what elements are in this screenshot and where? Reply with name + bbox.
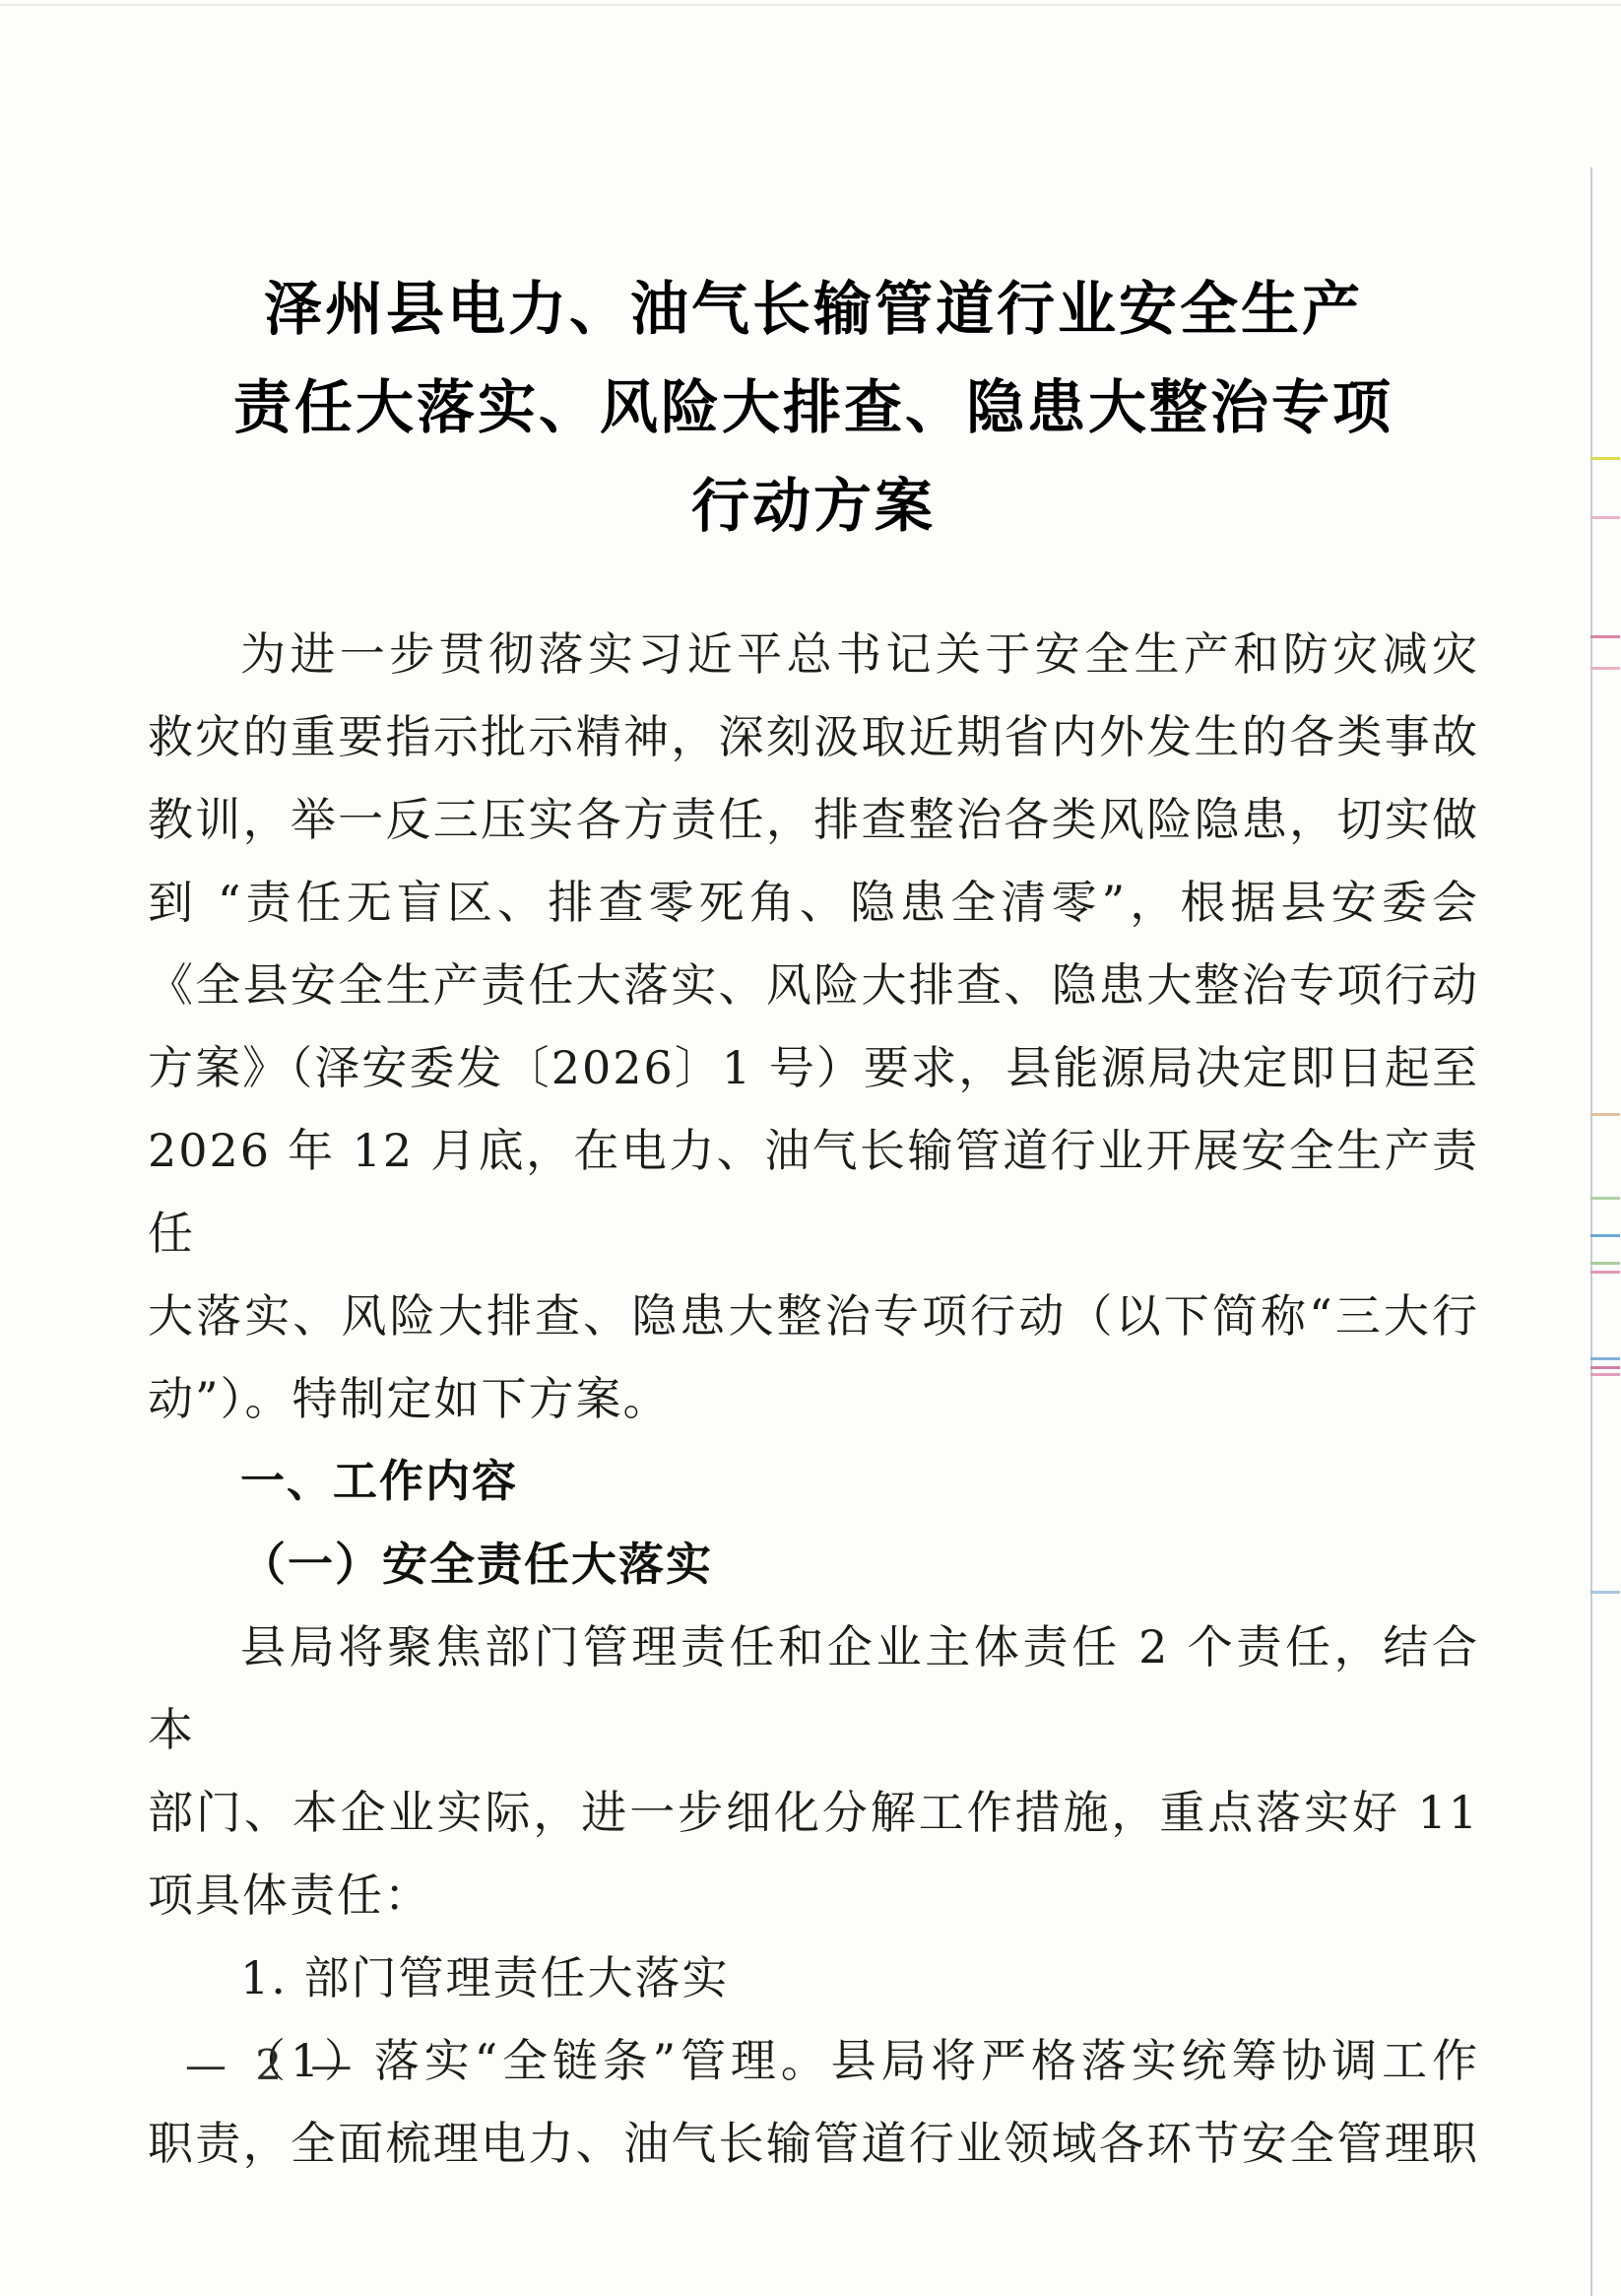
scan-top-edge	[0, 4, 1621, 6]
paragraph1-line-4: 到 “责任无盲区、排查零死角、隐患全清零”，根据县安委会	[148, 861, 1479, 944]
paragraph1-line-2: 救灾的重要指示批示精神，深刻汲取近期省内外发生的各类事故	[148, 695, 1479, 778]
scan-edge-line	[1590, 167, 1592, 2296]
subheading-department-responsibility: 1. 部门管理责任大落实	[148, 1936, 1479, 2019]
paragraph1-line-8: 大落实、风险大排查、隐患大整治专项行动（以下简称“三大行	[148, 1275, 1479, 1357]
paragraph2-line-2: 部门、本企业实际，进一步细化分解工作措施，重点落实好 11	[148, 1771, 1479, 1854]
scan-artifact-tick	[1590, 1197, 1620, 1200]
scan-artifact-tick	[1590, 1234, 1620, 1237]
section-heading-work-content: 一、工作内容	[148, 1440, 1479, 1523]
title-line-1: 泽州县电力、油气长输管道行业安全生产	[148, 260, 1479, 359]
scan-artifact-tick	[1590, 1113, 1620, 1116]
scan-artifact-tick	[1590, 667, 1620, 670]
scan-artifact-tick	[1590, 1373, 1620, 1376]
page-number: — 2 —	[185, 2041, 359, 2089]
scan-artifact-tick	[1590, 1366, 1620, 1369]
document-page: 泽州县电力、油气长输管道行业安全生产 责任大落实、风险大排查、隐患大整治专项 行…	[0, 0, 1621, 2296]
title-line-3: 行动方案	[148, 457, 1479, 556]
document-body: 为进一步贯彻落实习近平总书记关于安全生产和防灾减灾 救灾的重要指示批示精神，深刻…	[148, 613, 1479, 2185]
paragraph1-line-3: 教训，举一反三压实各方责任，排查整治各类风险隐患，切实做	[148, 778, 1479, 861]
paragraph1-line-5: 《全县安全生产责任大落实、风险大排查、隐患大整治专项行动	[148, 944, 1479, 1026]
paragraph2-line-3: 项具体责任：	[148, 1854, 1479, 1936]
scan-artifact-tick	[1590, 1357, 1620, 1360]
scan-artifact-tick	[1590, 1262, 1620, 1265]
scan-artifact-tick	[1590, 635, 1620, 638]
paragraph3-line-2: 职责，全面梳理电力、油气长输管道行业领域各环节安全管理职	[148, 2102, 1479, 2185]
title-line-2: 责任大落实、风险大排查、隐患大整治专项	[148, 359, 1479, 457]
document-title: 泽州县电力、油气长输管道行业安全生产 责任大落实、风险大排查、隐患大整治专项 行…	[148, 260, 1479, 556]
paragraph1-line-7: 2026 年 12 月底，在电力、油气长输管道行业开展安全生产责任	[148, 1109, 1479, 1275]
scan-artifact-tick	[1590, 1591, 1620, 1594]
paragraph1-line-6: 方案》（泽安委发〔2026〕1 号）要求，县能源局决定即日起至	[148, 1026, 1479, 1109]
subsection-heading-responsibility: （一）安全责任大落实	[148, 1523, 1479, 1606]
paragraph2-line-1: 县局将聚焦部门管理责任和企业主体责任 2 个责任，结合本	[148, 1606, 1479, 1771]
paragraph1-line-1: 为进一步贯彻落实习近平总书记关于安全生产和防灾减灾	[148, 613, 1479, 695]
scan-artifact-tick	[1590, 1271, 1620, 1274]
scan-artifact-tick	[1590, 457, 1620, 460]
paragraph1-line-9: 动”）。特制定如下方案。	[148, 1357, 1479, 1440]
scan-artifact-tick	[1590, 516, 1620, 519]
